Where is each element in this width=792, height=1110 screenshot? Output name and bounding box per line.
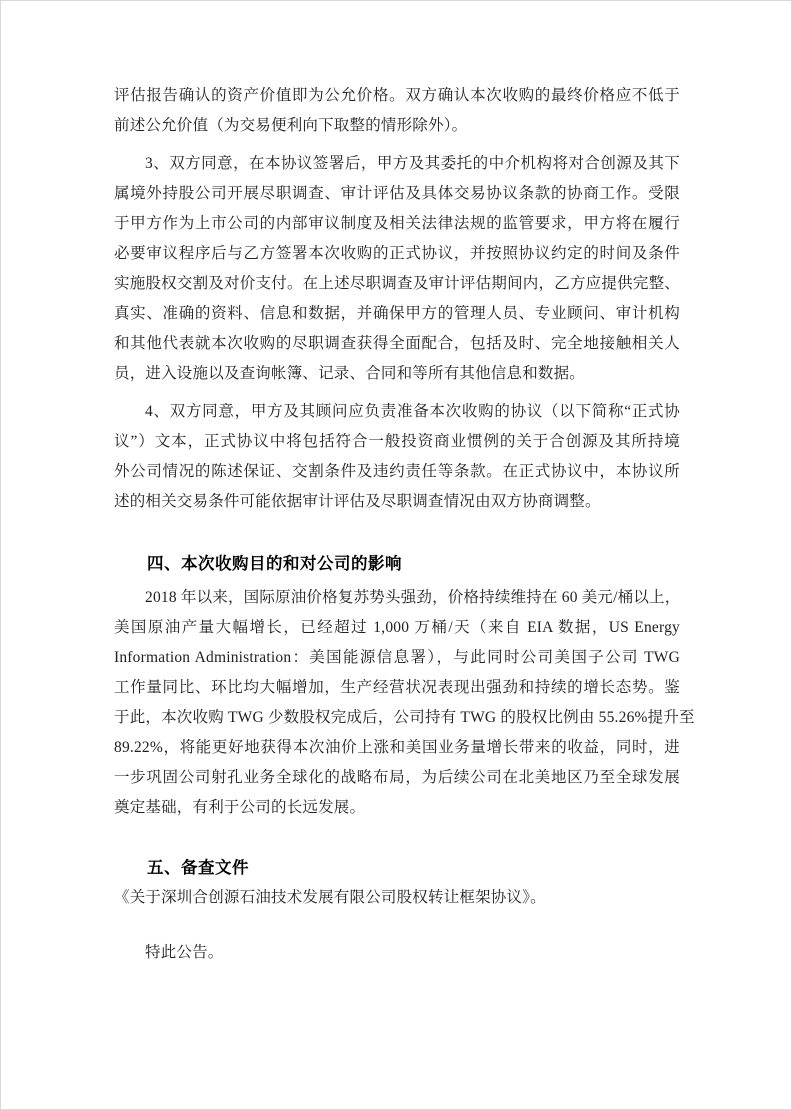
text-line: 奠定基础，有利于公司的长远发展。 [114, 793, 680, 823]
paragraph: 特此公告。 [114, 938, 680, 968]
paragraph: 评估报告确认的资产价值即为公允价格。双方确认本次收购的最终价格应不低于前述公允价… [114, 81, 680, 141]
paragraph: 《关于深圳合创源石油技术发展有限公司股权转让框架协议》。 [114, 883, 680, 913]
document-page: 评估报告确认的资产价值即为公允价格。双方确认本次收购的最终价格应不低于前述公允价… [0, 0, 792, 1110]
text-line: 真实、准确的资料、信息和数据，并确保甲方的管理人员、专业顾问、审计机构 [114, 299, 680, 329]
text-line: 评估报告确认的资产价值即为公允价格。双方确认本次收购的最终价格应不低于 [114, 81, 680, 111]
text-line: 美国原油产量大幅增长，已经超过 1,000 万桶/天（来自 EIA 数据，US … [114, 613, 680, 643]
text-line: 必要审议程序后与乙方签署本次收购的正式协议，并按照协议约定的时间及条件 [114, 239, 680, 269]
text-line: 《关于深圳合创源石油技术发展有限公司股权转让框架协议》。 [114, 883, 680, 913]
text-line: 和其他代表就本次收购的尽职调查获得全面配合，包括及时、完全地接触相关人 [114, 329, 680, 359]
section-heading: 五、备查文件 [114, 853, 680, 883]
text-line: Information Administration：美国能源信息署），与此同时… [114, 643, 680, 673]
text-line: 3、双方同意，在本协议签署后，甲方及其委托的中介机构将对合创源及其下 [114, 149, 680, 179]
text-line: 前述公允价值（为交易便利向下取整的情形除外）。 [114, 111, 680, 141]
text-line: 述的相关交易条件可能依据审计评估及尽职调查情况由双方协商调整。 [114, 487, 680, 517]
paragraph: 3、双方同意，在本协议签署后，甲方及其委托的中介机构将对合创源及其下属境外持股公… [114, 149, 680, 389]
section-heading: 四、本次收购目的和对公司的影响 [114, 549, 680, 579]
text-line: 属境外持股公司开展尽职调查、审计评估及具体交易协议条款的协商工作。受限 [114, 179, 680, 209]
text-line: 议”）文本，正式协议中将包括符合一般投资商业惯例的关于合创源及其所持境 [114, 427, 680, 457]
text-line: 员，进入设施以及查询帐簿、记录、合同和等所有其他信息和数据。 [114, 359, 680, 389]
paragraph: 4、双方同意，甲方及其顾问应负责准备本次收购的协议（以下简称“正式协议”）文本，… [114, 397, 680, 517]
text-line: 实施股权交割及对价支付。在上述尽职调查及审计评估期间内，乙方应提供完整、 [114, 269, 680, 299]
document-body: 评估报告确认的资产价值即为公允价格。双方确认本次收购的最终价格应不低于前述公允价… [1, 1, 791, 968]
text-line: 特此公告。 [114, 938, 680, 968]
text-line: 一步巩固公司射孔业务全球化的战略布局，为后续公司在北美地区乃至全球发展 [114, 763, 680, 793]
text-line: 2018 年以来，国际原油价格复苏势头强劲，价格持续维持在 60 美元/桶以上， [114, 583, 680, 613]
paragraph: 2018 年以来，国际原油价格复苏势头强劲，价格持续维持在 60 美元/桶以上，… [114, 583, 680, 823]
text-line: 工作量同比、环比均大幅增加，生产经营状况表现出强劲和持续的增长态势。鉴 [114, 673, 680, 703]
text-line: 于此，本次收购 TWG 少数股权完成后，公司持有 TWG 的股权比例由 55.2… [114, 703, 680, 733]
text-line: 4、双方同意，甲方及其顾问应负责准备本次收购的协议（以下简称“正式协 [114, 397, 680, 427]
text-line: 于甲方作为上市公司的内部审议制度及相关法律法规的监管要求，甲方将在履行 [114, 209, 680, 239]
text-line: 89.22%，将能更好地获得本次油价上涨和美国业务量增长带来的收益，同时，进 [114, 733, 680, 763]
text-line: 外公司情况的陈述保证、交割条件及违约责任等条款。在正式协议中，本协议所 [114, 457, 680, 487]
